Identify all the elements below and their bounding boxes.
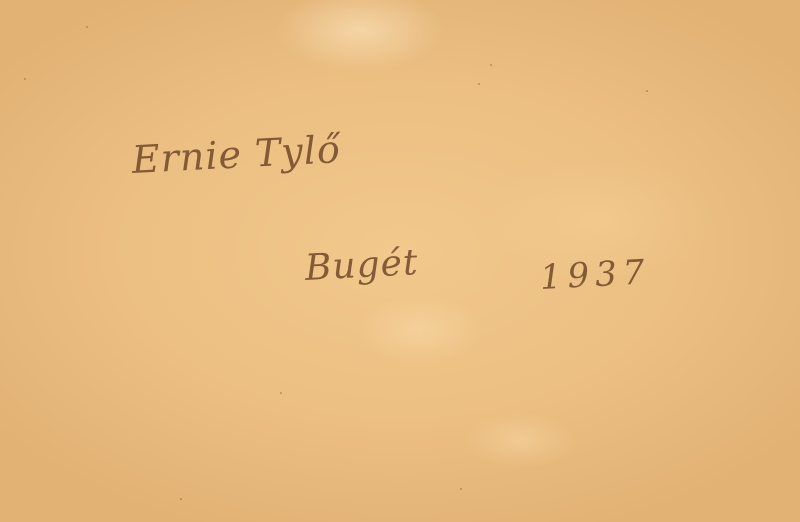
handwritten-place: Bugét (304, 242, 419, 289)
paper-speck (490, 64, 492, 66)
paper-speck (24, 78, 26, 80)
paper-speck (478, 83, 480, 85)
paper-speck (280, 392, 282, 394)
paper-speck (180, 498, 182, 500)
handwritten-year: 1937 (539, 252, 651, 298)
aged-paper-background: Ernie Tylő Bugét 1937 (0, 0, 800, 522)
paper-speck (86, 26, 88, 28)
paper-speck (646, 90, 648, 92)
paper-speck (460, 488, 462, 490)
handwritten-name: Ernie Tylő (131, 127, 342, 182)
